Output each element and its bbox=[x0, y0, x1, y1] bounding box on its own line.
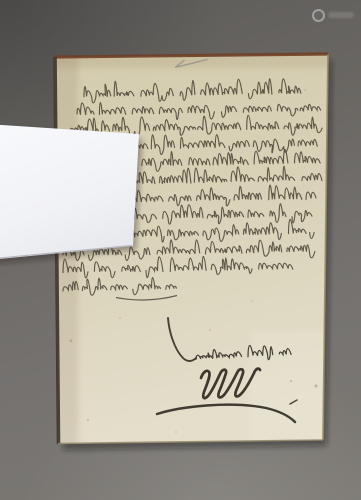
watermark-text-blur bbox=[328, 12, 354, 18]
letter-scene bbox=[0, 0, 361, 500]
lens-circle-icon bbox=[312, 9, 325, 22]
watermark bbox=[312, 7, 358, 23]
white-cover-card bbox=[0, 125, 139, 260]
photo-of-letter bbox=[0, 0, 361, 500]
